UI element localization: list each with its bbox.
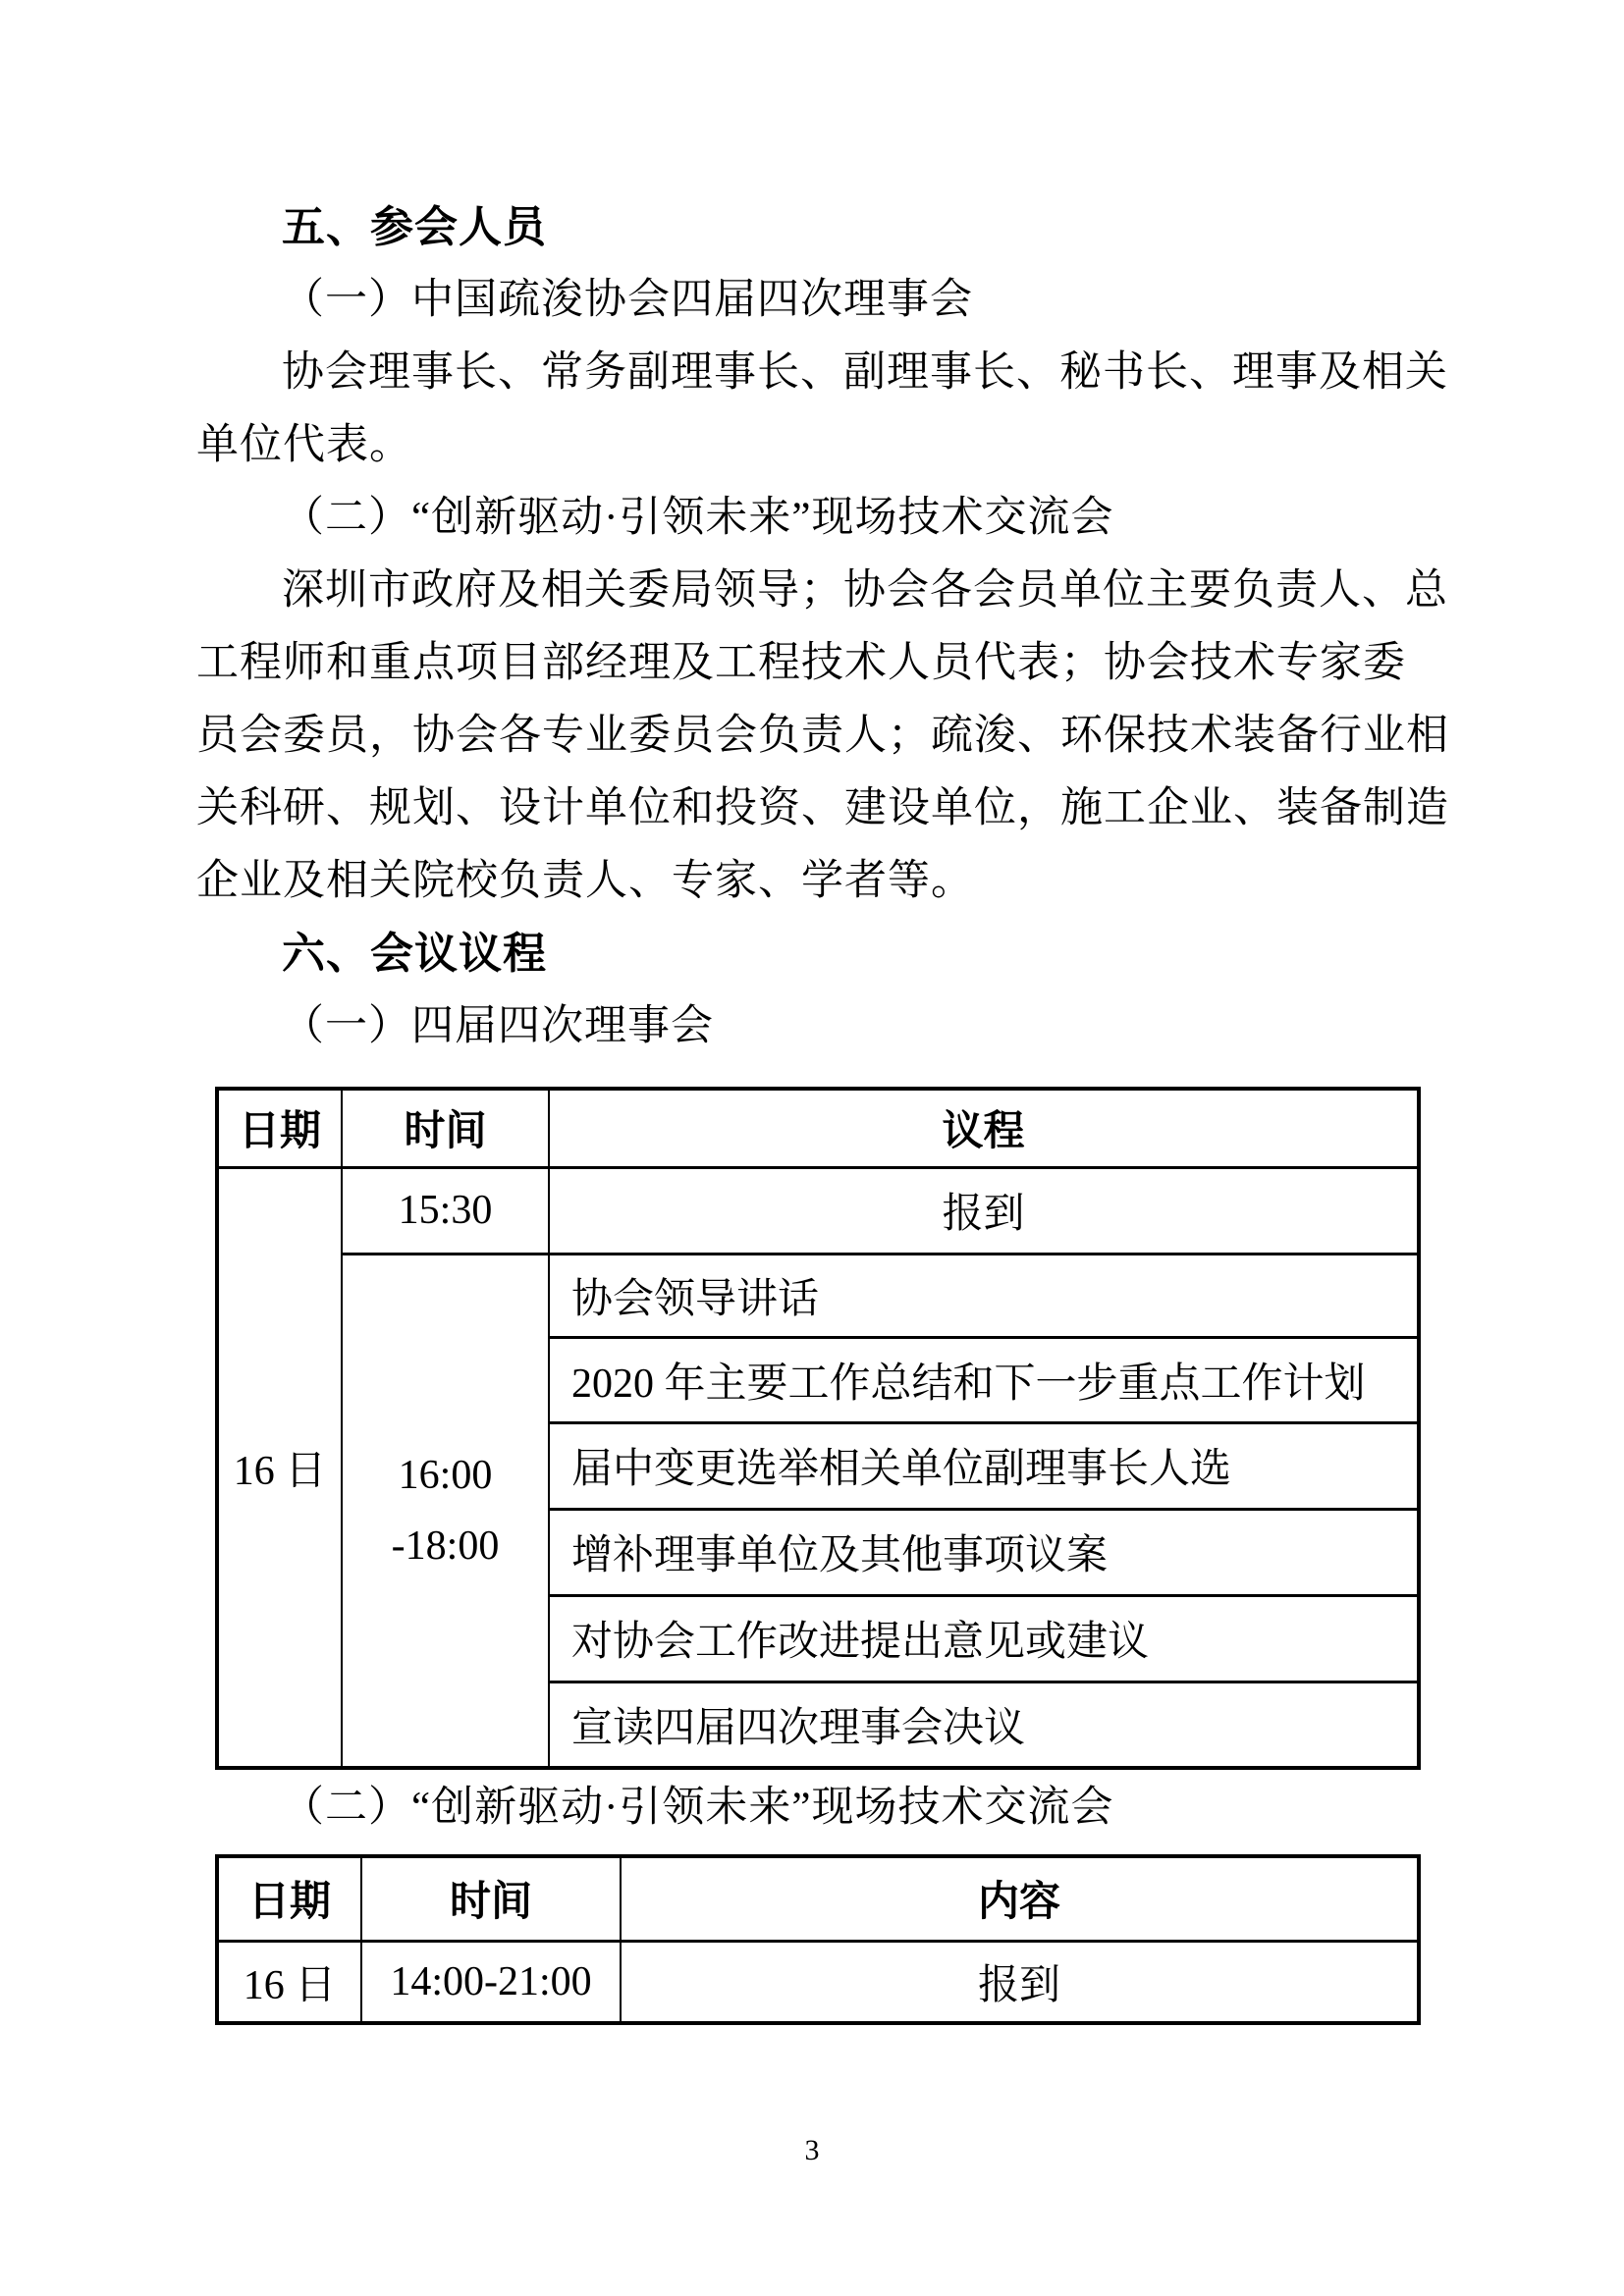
technical-exchange-table: 日期 时间 内容 16 日 14:00-21:00 报到 [215,1854,1421,2025]
time-range-cell: 16:00 -18:00 [342,1254,549,1768]
table-row: 16:00 -18:00 协会领导讲话 [217,1254,1419,1337]
agenda-cell: 对协会工作改进提出意见或建议 [549,1595,1419,1682]
subsection-one-title: （一）中国疏浚协会四届四次理事会 [196,264,1434,337]
paragraph-line: 企业及相关院校负责人、专家、学者等。 [196,845,1434,918]
header-cell-agenda: 议程 [549,1089,1419,1167]
paragraph-line: 工程师和重点项目部经理及工程技术人员代表；协会技术专家委 [196,627,1434,700]
paragraph-line: 协会理事长、常务副理事长、副理事长、秘书长、理事及相关 [196,337,1434,409]
table-row: 16 日 14:00-21:00 报到 [217,1941,1419,2023]
header-cell-time: 时间 [361,1856,621,1941]
agenda-cell: 协会领导讲话 [549,1254,1419,1337]
paragraph-line: 深圳市政府及相关委局领导；协会各会员单位主要负责人、总 [196,555,1434,627]
document-content: 五、参会人员 （一）中国疏浚协会四届四次理事会 协会理事长、常务副理事长、副理事… [196,191,1434,2025]
agenda-cell: 2020 年主要工作总结和下一步重点工作计划 [549,1337,1419,1422]
agenda-cell: 届中变更选举相关单位副理事长人选 [549,1422,1419,1509]
time-cell: 15:30 [342,1167,549,1254]
agenda-cell: 宣读四届四次理事会决议 [549,1682,1419,1768]
subsection-two-title: （二）“创新驱动·引领未来”现场技术交流会 [196,482,1434,555]
document-page: 五、参会人员 （一）中国疏浚协会四届四次理事会 协会理事长、常务副理事长、副理事… [0,0,1624,2296]
date-cell: 16 日 [217,1167,342,1768]
table-header-row: 日期 时间 议程 [217,1089,1419,1167]
content-cell: 报到 [621,1941,1419,2023]
paragraph-line: 关科研、规划、设计单位和投资、建设单位，施工企业、装备制造 [196,773,1434,845]
header-cell-date: 日期 [217,1089,342,1167]
table-header-row: 日期 时间 内容 [217,1856,1419,1941]
section-six-heading: 六、会议议程 [196,918,1434,990]
header-cell-content: 内容 [621,1856,1419,1941]
agenda-cell: 报到 [549,1167,1419,1254]
header-cell-date: 日期 [217,1856,361,1941]
time-range-start: 16:00 [343,1440,548,1511]
table-row: 16 日 15:30 报到 [217,1167,1419,1254]
agenda-cell: 增补理事单位及其他事项议案 [549,1509,1419,1595]
header-cell-time: 时间 [342,1089,549,1167]
page-number: 3 [0,2133,1624,2168]
time-range-end: -18:00 [343,1511,548,1581]
paragraph-line: 单位代表。 [196,409,1434,482]
date-cell: 16 日 [217,1941,361,2023]
section-five-heading: 五、参会人员 [196,191,1434,264]
agenda-subsection-one-title: （一）四届四次理事会 [196,990,1434,1063]
board-meeting-agenda-table: 日期 时间 议程 16 日 15:30 报到 16:00 -18:00 协会领导… [215,1087,1421,1770]
time-cell: 14:00-21:00 [361,1941,621,2023]
paragraph-line: 员会委员，协会各专业委员会负责人；疏浚、环保技术装备行业相 [196,700,1434,773]
exchange-subsection-title: （二）“创新驱动·引领未来”现场技术交流会 [196,1772,1434,1844]
